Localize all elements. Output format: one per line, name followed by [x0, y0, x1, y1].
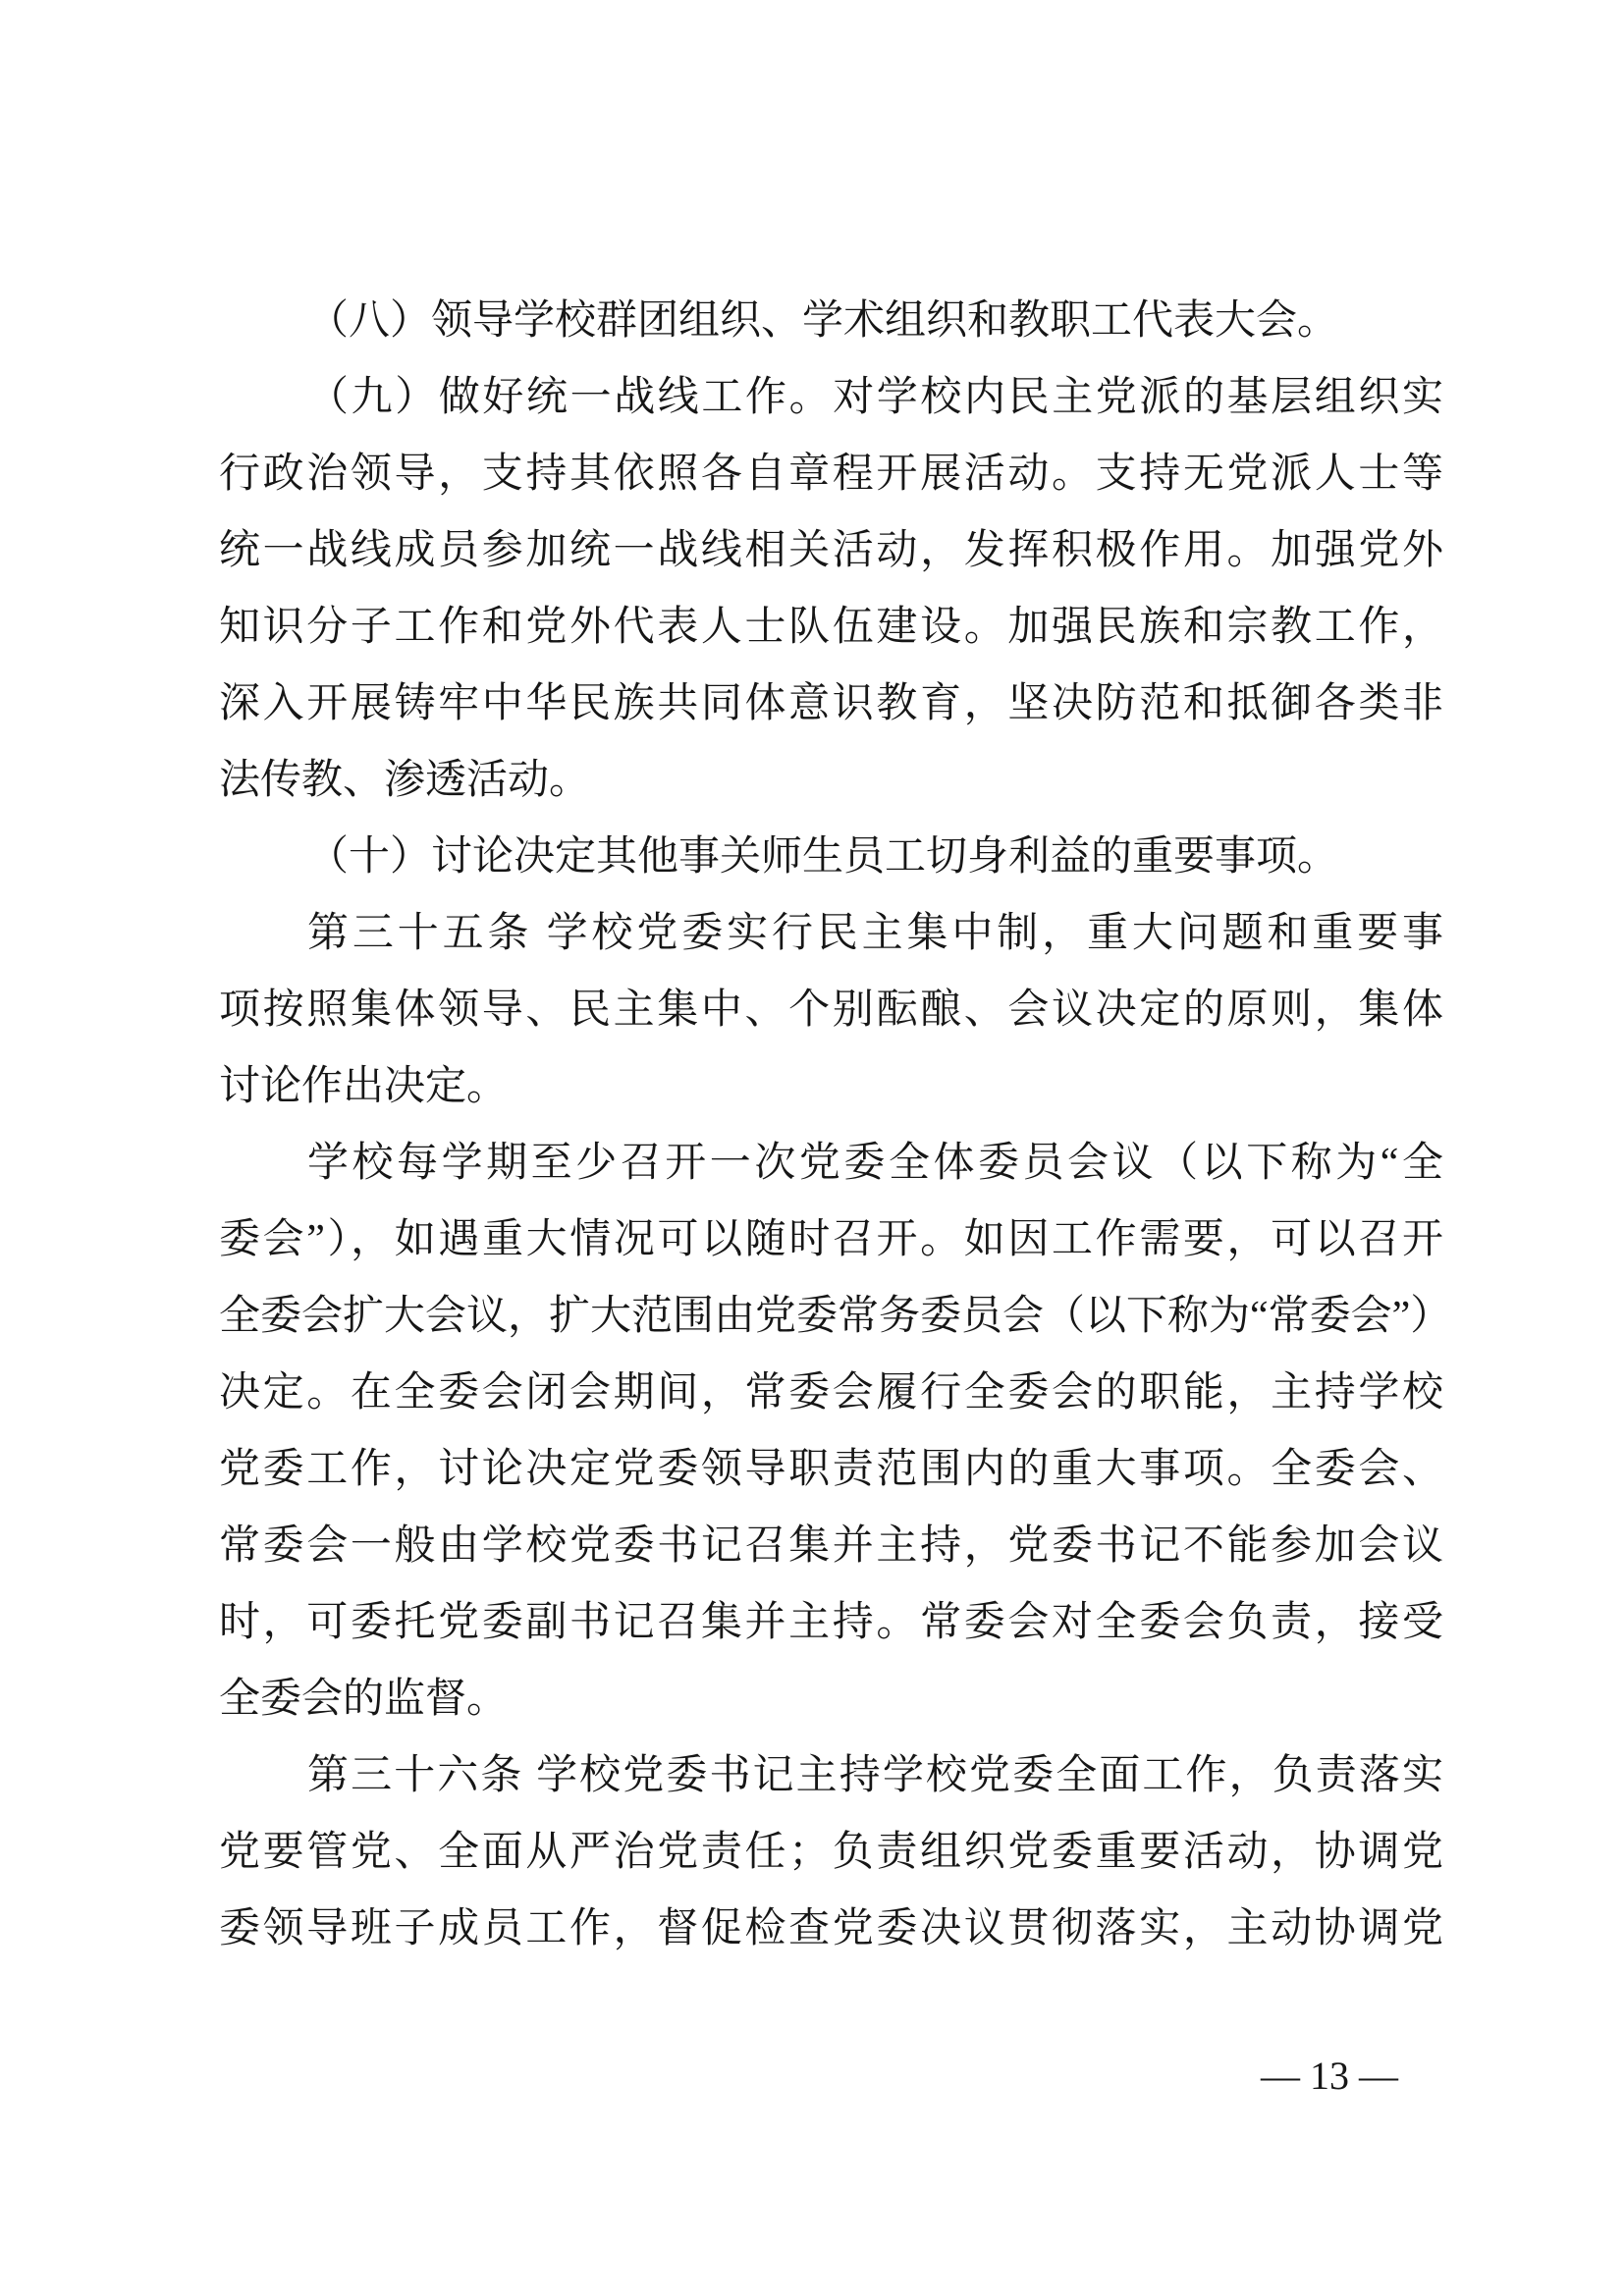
- text-line: 党要管党、全面从严治党责任；负责组织党委重要活动，协调党: [219, 1814, 1443, 1891]
- text-line: 讨论作出决定。: [219, 1048, 1443, 1125]
- text-line: 时，可委托党委副书记召集并主持。常委会对全委会负责，接受: [219, 1584, 1443, 1661]
- document-page: （八）领导学校群团组织、学术组织和教职工代表大会。（九）做好统一战线工作。对学校…: [0, 0, 1624, 2296]
- text-line: 全委会的监督。: [219, 1661, 1443, 1737]
- text-line: 党委工作，讨论决定党委领导职责范围内的重大事项。全委会、: [219, 1431, 1443, 1508]
- text-line: 深入开展铸牢中华民族共同体意识教育，坚决防范和抵御各类非: [219, 666, 1443, 742]
- text-line: 第三十五条 学校党委实行民主集中制，重大问题和重要事: [219, 895, 1443, 972]
- text-line: 学校每学期至少召开一次党委全体委员会议（以下称为“全: [219, 1125, 1443, 1201]
- text-line: 全委会扩大会议，扩大范围由党委常务委员会（以下称为“常委会”）: [219, 1278, 1443, 1355]
- text-line: 常委会一般由学校党委书记召集并主持，党委书记不能参加会议: [219, 1508, 1443, 1584]
- page-number: — 13 —: [219, 2054, 1398, 2099]
- text-line: 决定。在全委会闭会期间，常委会履行全委会的职能，主持学校: [219, 1355, 1443, 1431]
- text-line: 委领导班子成员工作，督促检查党委决议贯彻落实，主动协调党: [219, 1891, 1443, 1967]
- text-line: （八）领导学校群团组织、学术组织和教职工代表大会。: [219, 283, 1443, 359]
- text-line: 统一战线成员参加统一战线相关活动，发挥积极作用。加强党外: [219, 512, 1443, 589]
- text-line: 行政治领导，支持其依照各自章程开展活动。支持无党派人士等: [219, 436, 1443, 512]
- text-line: 知识分子工作和党外代表人士队伍建设。加强民族和宗教工作，: [219, 589, 1443, 666]
- text-line: 委会”），如遇重大情况可以随时召开。如因工作需要，可以召开: [219, 1201, 1443, 1278]
- text-line: 项按照集体领导、民主集中、个别酝酿、会议决定的原则，集体: [219, 972, 1443, 1048]
- text-line: （十）讨论决定其他事关师生员工切身利益的重要事项。: [219, 819, 1443, 895]
- text-line: 第三十六条 学校党委书记主持学校党委全面工作，负责落实: [219, 1737, 1443, 1814]
- document-body: （八）领导学校群团组织、学术组织和教职工代表大会。（九）做好统一战线工作。对学校…: [219, 283, 1443, 1967]
- text-line: （九）做好统一战线工作。对学校内民主党派的基层组织实: [219, 359, 1443, 436]
- text-line: 法传教、渗透活动。: [219, 742, 1443, 819]
